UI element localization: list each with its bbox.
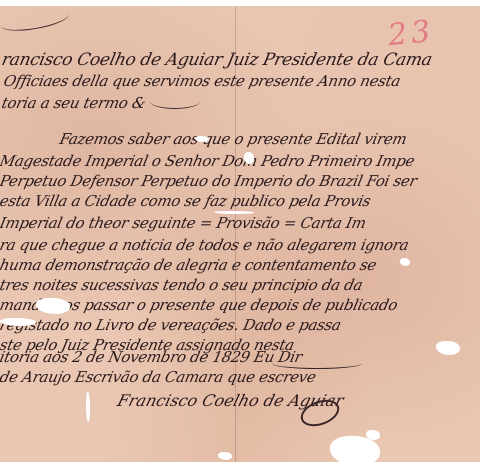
text-line-10: huma demonstração de alegria e contentam…: [0, 256, 378, 274]
manuscript-page: 23 rancisco Coelho de Aguiar Juiz Presid…: [0, 6, 480, 462]
paper-tear: [86, 392, 90, 422]
text-line-13: registado no Livro de vereações. Dado e …: [0, 316, 343, 334]
paper-tear: [436, 341, 460, 355]
top-flourish: [0, 6, 71, 35]
text-line-4: Fazemos saber aos que o presente Edital …: [58, 130, 408, 148]
text-line-15: itoria aos 2 de Novembro de 1829 Eu Dir: [0, 348, 304, 366]
text-line-9: ra que chegue a noticia de todos e não a…: [0, 236, 410, 254]
line3-flourish: [150, 94, 200, 109]
text-line-1: rancisco Coelho de Aguiar Juiz President…: [0, 50, 434, 70]
paper-tear: [218, 452, 232, 460]
paper-tear: [400, 258, 410, 266]
text-line-8: Imperial do theor seguinte = Provisão = …: [0, 214, 368, 232]
text-line-16: de Araujo Escrivão da Camara que escreve: [0, 368, 318, 386]
text-line-5: Magestade Imperial o Senhor Dom Pedro Pr…: [0, 152, 416, 170]
text-line-6: Perpetuo Defensor Perpetuo do Imperio do…: [0, 172, 418, 190]
text-line-2: Officiaes della que servimos este presen…: [2, 72, 402, 90]
paper-tear: [195, 136, 209, 142]
paper-tear: [244, 152, 254, 164]
paper-tear: [366, 430, 380, 440]
text-line-7: esta Villa a Cidade como se faz publico …: [0, 192, 372, 210]
text-line-3: toria a seu termo &: [0, 94, 147, 112]
text-line-11: tres noites sucessivas tendo o seu princ…: [0, 276, 364, 294]
page-number: 23: [386, 14, 436, 54]
